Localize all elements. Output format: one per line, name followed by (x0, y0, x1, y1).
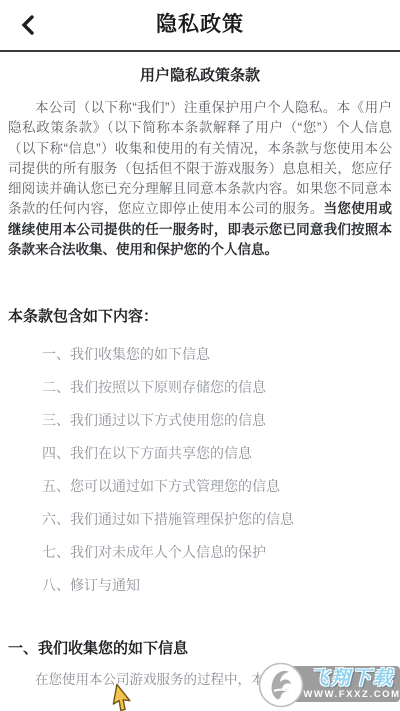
back-button[interactable] (8, 0, 48, 50)
policy-content[interactable]: 用户隐私政策条款 本公司（以下称“我们”）注重保护用户个人隐私。本《用户隐私政策… (0, 66, 400, 690)
app-bar: 隐私政策 (0, 0, 400, 52)
watermark-site-name: 飞翔下载 (310, 668, 394, 689)
toc-item-6: 六、我们通过如下措施管理保护您的信息 (42, 509, 392, 529)
toc-list: 一、我们收集您的如下信息 二、我们按照以下原则存储您的信息 三、我们通过以下方式… (8, 344, 392, 595)
toc-item-3: 三、我们通过以下方式使用您的信息 (42, 410, 392, 430)
mouse-cursor-icon (107, 683, 138, 711)
watermark: 飞翔下载 WWW.FXXZ.COM (258, 663, 400, 707)
toc-item-8: 八、修订与通知 (42, 575, 392, 595)
chevron-left-icon (20, 14, 36, 36)
fxxz-logo-icon (257, 661, 305, 709)
intro-text-normal: 本公司（以下称“我们”）注重保护用户个人隐私。本《用户隐私政策条款》（以下简称本… (8, 100, 392, 216)
privacy-policy-screen: 隐私政策 用户隐私政策条款 本公司（以下称“我们”）注重保护用户个人隐私。本《用… (0, 0, 400, 690)
toc-item-1: 一、我们收集您的如下信息 (42, 344, 392, 364)
page-title: 隐私政策 (156, 0, 244, 50)
toc-title: 本条款包含如下内容： (8, 307, 392, 327)
section-1-title: 一、我们收集您的如下信息 (8, 639, 392, 659)
toc-item-7: 七、我们对未成年人个人信息的保护 (42, 542, 392, 562)
toc-item-2: 二、我们按照以下原则存储您的信息 (42, 377, 392, 397)
document-title: 用户隐私政策条款 (8, 66, 392, 86)
toc-item-5: 五、您可以通过如下方式管理您的信息 (42, 476, 392, 496)
intro-paragraph: 本公司（以下称“我们”）注重保护用户个人隐私。本《用户隐私政策条款》（以下简称本… (8, 98, 392, 260)
toc-item-4: 四、我们在以下方面共享您的信息 (42, 443, 392, 463)
watermark-text: 飞翔下载 WWW.FXXZ.COM (306, 666, 398, 702)
watermark-site-url: WWW.FXXZ.COM (303, 689, 400, 700)
